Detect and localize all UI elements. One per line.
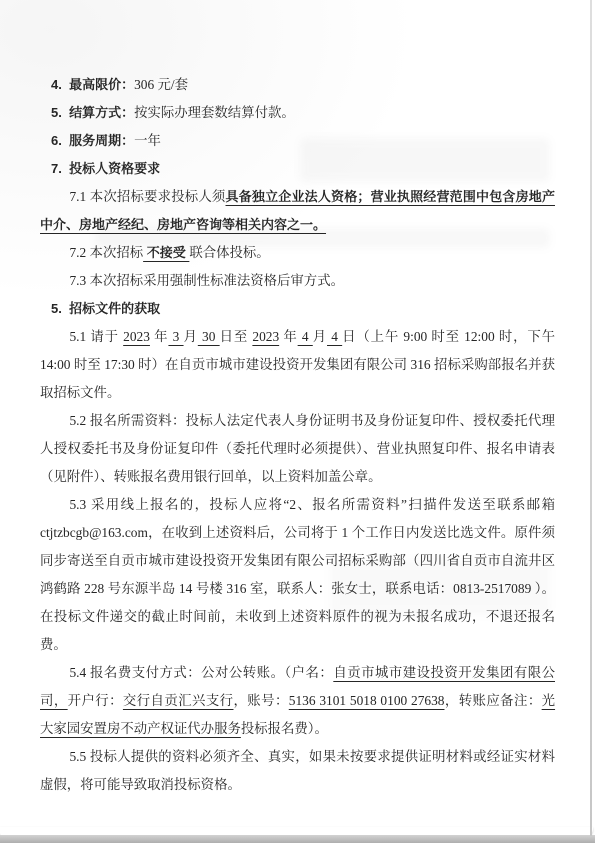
paragraph: 7.3 本次招标采用强制性标准法资格后审方式。 bbox=[40, 267, 555, 295]
text-run: ，转账应备注： bbox=[444, 693, 541, 708]
paragraph: 7. 投标人资格要求 bbox=[40, 155, 555, 183]
text-run: 年 bbox=[150, 329, 168, 344]
text-run: 联合体投标。 bbox=[189, 245, 269, 260]
text-run: 30 bbox=[198, 329, 220, 344]
paragraph: 5. 结算方式：按实际办理套数结算付款。 bbox=[40, 99, 555, 127]
paragraph: 5.2 报名所需资料：投标人法定代表人身份证明书及身份证复印件、授权委托代理人授… bbox=[40, 407, 555, 491]
text-run: 5.4 报名费支付方式：公对公转账。（户名： bbox=[69, 665, 333, 680]
text-run: 7.2 本次招标 bbox=[69, 245, 143, 260]
paragraph: 6. 服务周期：一年 bbox=[40, 127, 555, 155]
text-run: 306 元/套 bbox=[134, 77, 188, 92]
paragraph: 5. 招标文件的获取 bbox=[40, 295, 555, 323]
paragraph: 5.4 报名费支付方式：公对公转账。（户名：自贡市城市建设投资开发集团有限公司，… bbox=[40, 659, 555, 743]
text-run: 2023 bbox=[123, 329, 150, 344]
text-run: 投标报名费）。 bbox=[241, 721, 328, 736]
paragraph: 4. 最高限价：306 元/套 bbox=[40, 71, 555, 99]
text-run: 按实际办理套数结算付款。 bbox=[134, 105, 295, 120]
paragraph: 5.1 请于 2023 年 3 月 30 日至 2023 年 4 月 4 日（上… bbox=[40, 323, 555, 407]
paragraph: 7.2 本次招标 不接受 联合体投标。 bbox=[40, 239, 555, 267]
document-body: 4. 最高限价：306 元/套5. 结算方式：按实际办理套数结算付款。6. 服务… bbox=[40, 71, 555, 799]
text-run: 开户行： bbox=[68, 693, 123, 708]
text-run: 年 bbox=[279, 329, 297, 344]
paragraph: 5.5 投标人提供的资料必须齐全、真实，如果未按要求提供证明材料或经证实材料虚假… bbox=[40, 743, 555, 799]
text-run: 7. 投标人资格要求 bbox=[51, 161, 160, 176]
text-run: 交行自贡汇兴支行 bbox=[123, 693, 234, 708]
text-run: 7.1 本次招标要求投标人须 bbox=[69, 189, 225, 204]
paragraph: 5.3 采用线上报名的，投标人应将“2、报名所需资料”扫描件发送至联系邮箱 ct… bbox=[40, 491, 555, 659]
text-run: 5. 招标文件的获取 bbox=[51, 301, 160, 316]
text-run: 5.5 投标人提供的资料必须齐全、真实，如果未按要求提供证明材料或经证实材料虚假… bbox=[40, 749, 555, 792]
text-run: 6. 服务周期： bbox=[51, 133, 134, 148]
scanned-page: 4. 最高限价：306 元/套5. 结算方式：按实际办理套数结算付款。6. 服务… bbox=[0, 0, 595, 843]
text-run: 4. 最高限价： bbox=[51, 77, 134, 92]
text-run: 月 bbox=[184, 329, 198, 344]
text-run: 4 bbox=[327, 329, 342, 344]
scan-right-edge bbox=[590, 0, 592, 836]
text-run: 日至 bbox=[220, 329, 253, 344]
text-run: ，账号： bbox=[233, 693, 288, 708]
text-run: 7.3 本次招标采用强制性标准法资格后审方式。 bbox=[69, 273, 344, 288]
text-run: 5.1 请于 bbox=[69, 329, 123, 344]
text-run: 一年 bbox=[134, 133, 161, 148]
paragraph: 7.1 本次招标要求投标人须具备独立企业法人资格；营业执照经营范围中包含房地产中… bbox=[40, 183, 555, 239]
text-run: 5.3 采用线上报名的，投标人应将“2、报名所需资料”扫描件发送至联系邮箱 ct… bbox=[40, 497, 555, 652]
text-run: 5. 结算方式： bbox=[51, 105, 134, 120]
text-run: 5136 3101 5018 0100 27638 bbox=[289, 693, 445, 708]
text-run: 3 bbox=[168, 329, 183, 344]
text-run: 4 bbox=[298, 329, 313, 344]
text-run: 5.2 报名所需资料：投标人法定代表人身份证明书及身份证复印件、授权委托代理人授… bbox=[40, 413, 555, 484]
text-run: 2023 bbox=[252, 329, 279, 344]
scan-bottom-shadow bbox=[0, 835, 595, 843]
text-run: 不接受 bbox=[143, 245, 189, 260]
text-run: 月 bbox=[313, 329, 327, 344]
